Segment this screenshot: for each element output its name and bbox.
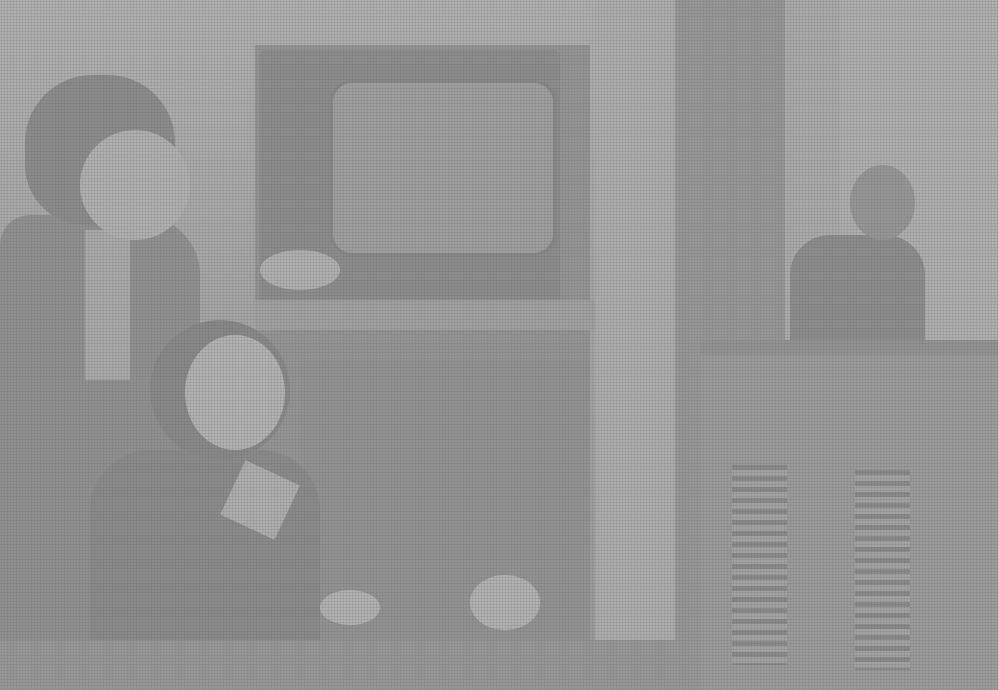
woman-face xyxy=(185,335,285,450)
background-man-body xyxy=(790,235,925,350)
man-left-shirt xyxy=(85,230,130,380)
halftone-photograph xyxy=(0,0,998,690)
hand-left xyxy=(320,590,380,625)
man-left-face xyxy=(80,130,190,240)
television-shelf xyxy=(255,300,595,330)
vent-grille-left xyxy=(732,465,787,665)
background-man-head xyxy=(850,165,915,240)
hand-on-shelf xyxy=(260,250,340,290)
floor xyxy=(0,640,700,690)
light-pillar xyxy=(595,0,675,690)
hand-right xyxy=(470,575,540,630)
television-screen xyxy=(330,80,556,256)
vent-grille-right xyxy=(855,470,910,670)
